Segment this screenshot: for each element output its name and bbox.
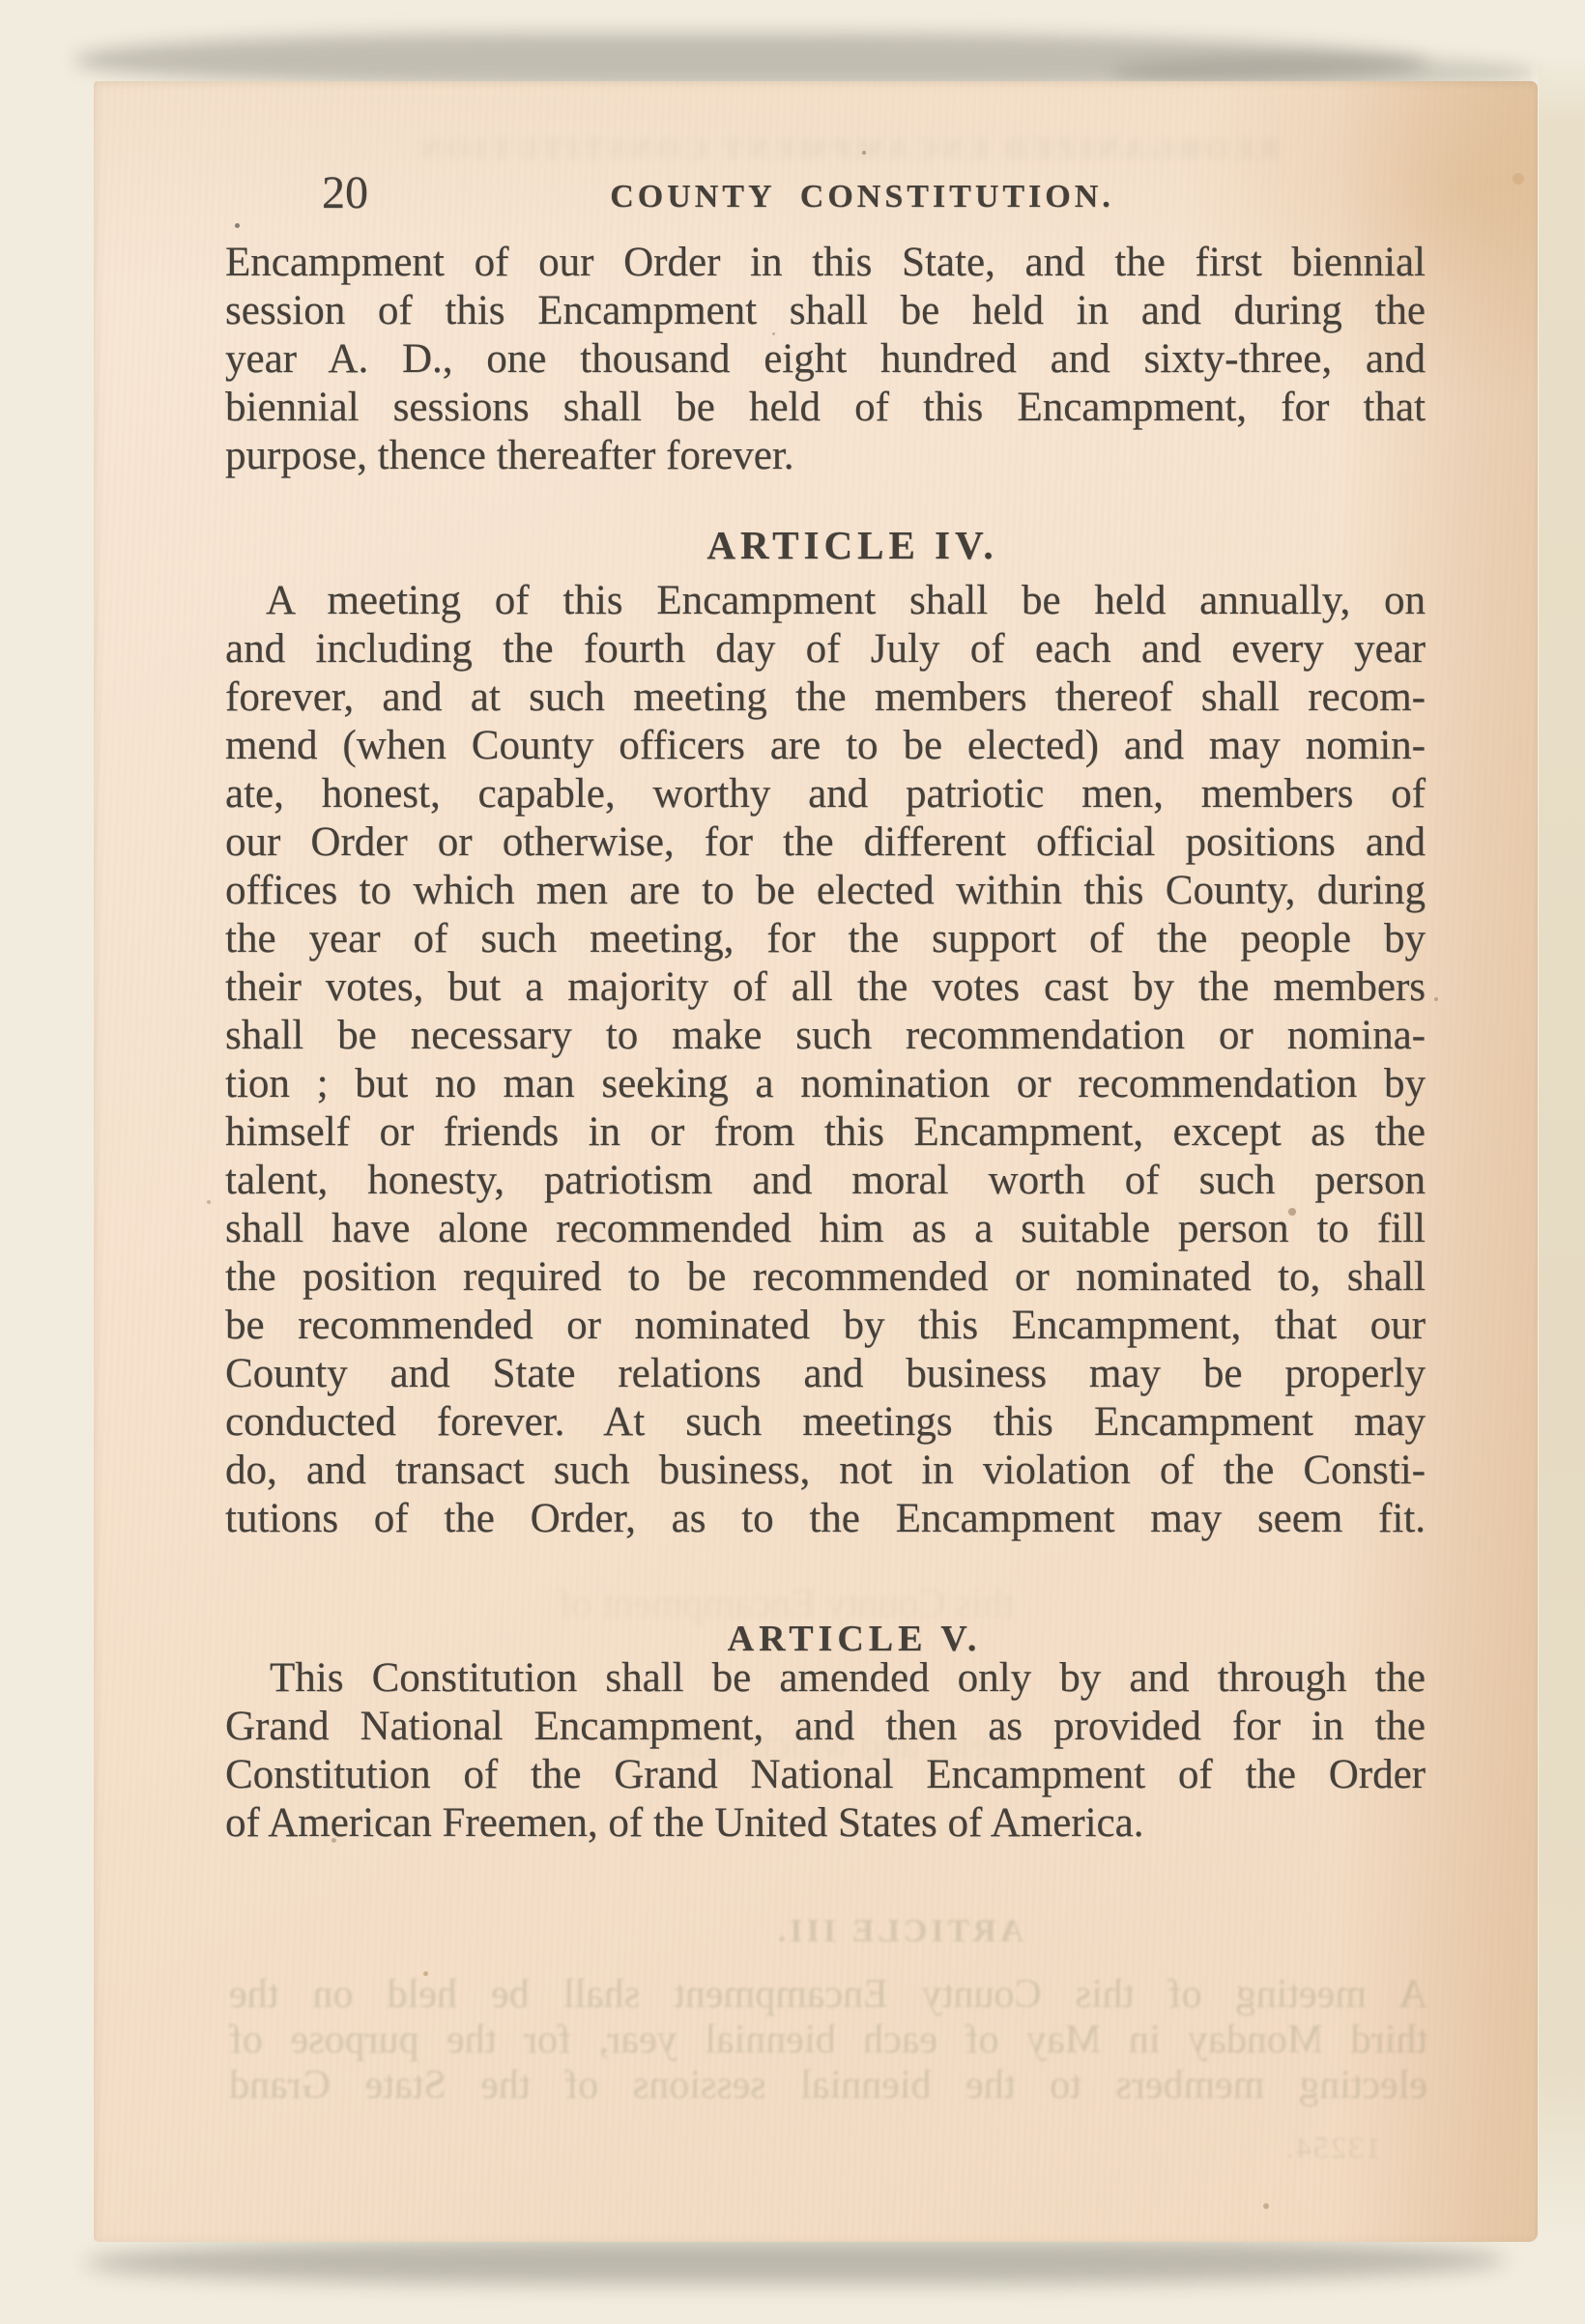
text-line: himself or friends in or from this Encam… bbox=[225, 1108, 1426, 1157]
ghost-inventory-number: 13254. bbox=[1284, 2130, 1381, 2166]
paper-speck bbox=[586, 1237, 591, 1242]
paper-speck bbox=[1513, 173, 1524, 185]
text-line: the position required to be recommended … bbox=[225, 1253, 1426, 1302]
article-v-paragraph: This Constitution shall be amended only … bbox=[225, 1654, 1426, 1848]
text-line: Constitution of the Grand National Encam… bbox=[225, 1751, 1426, 1799]
text-line: their votes, but a majority of all the v… bbox=[225, 963, 1426, 1012]
text-line: electing members to the biennial session… bbox=[229, 2063, 1427, 2109]
scan-background: REORGANIZED ENCAMPMENT CONSTITUTION 20 C… bbox=[0, 0, 1585, 2324]
text-line: offices to which men are to be elected w… bbox=[225, 867, 1426, 915]
text-line: be recommended or nominated by this Enca… bbox=[225, 1302, 1426, 1350]
text-line: This Constitution shall be amended only … bbox=[225, 1654, 1426, 1703]
text-line: our Order or otherwise, for the differen… bbox=[225, 818, 1426, 867]
text-line: Grand National Encampment, and then as p… bbox=[225, 1703, 1426, 1751]
paper-speck bbox=[207, 1200, 211, 1204]
ghost-top-header: REORGANIZED ENCAMPMENT CONSTITUTION bbox=[335, 131, 1360, 166]
text-line: year A. D., one thousand eight hundred a… bbox=[225, 335, 1426, 384]
book-page: REORGANIZED ENCAMPMENT CONSTITUTION 20 C… bbox=[94, 81, 1538, 2242]
ghost-bleedthrough-paragraph: A meeting of this County Encampment shal… bbox=[229, 1972, 1427, 2109]
text-line: session of this Encampment shall be held… bbox=[225, 287, 1426, 335]
text-line: tutions of the Order, as to the Encampme… bbox=[225, 1495, 1426, 1543]
text-line: purpose, thence thereafter forever. bbox=[225, 432, 1426, 480]
paper-speck bbox=[862, 151, 866, 155]
text-line: forever, and at such meeting the members… bbox=[225, 674, 1426, 722]
paper-speck bbox=[423, 1971, 428, 1976]
intro-paragraph: Encampment of our Order in this State, a… bbox=[225, 239, 1426, 480]
text-line: talent, honesty, patriotism and moral wo… bbox=[225, 1157, 1426, 1205]
ghost-article-iii-heading: ARTICLE III. bbox=[299, 1913, 1499, 1950]
text-line: Encampment of our Order in this State, a… bbox=[225, 239, 1426, 287]
text-line: conducted forever. At such meetings this… bbox=[225, 1398, 1426, 1447]
article-iv-heading: ARTICLE IV. bbox=[225, 522, 1453, 568]
text-line: mend (when County officers are to be ele… bbox=[225, 722, 1426, 770]
text-line: and including the fourth day of July of … bbox=[225, 625, 1426, 674]
paper-speck bbox=[1434, 997, 1438, 1001]
underlying-page-edge bbox=[1539, 56, 1585, 2240]
paper-speck bbox=[929, 653, 933, 657]
text-line: tion ; but no man seeking a nomination o… bbox=[225, 1060, 1426, 1108]
text-line: do, and transact such business, not in v… bbox=[225, 1447, 1426, 1495]
paper-speck bbox=[331, 1838, 336, 1843]
running-header: COUNTY CONSTITUTION. bbox=[225, 179, 1462, 215]
page-bottom-shadow bbox=[85, 2240, 1506, 2284]
text-line: shall be necessary to make such recommen… bbox=[225, 1012, 1426, 1060]
paper-speck bbox=[1288, 1208, 1296, 1216]
text-line: County and State relations and business … bbox=[225, 1350, 1426, 1398]
paper-speck bbox=[235, 223, 240, 228]
text-line: third Monday in May of each biennial yea… bbox=[229, 2018, 1427, 2063]
text-line: of American Freemen, of the United State… bbox=[225, 1799, 1426, 1848]
article-iv-paragraph: A meeting of this Encampment shall be he… bbox=[225, 577, 1426, 1543]
paper-speck bbox=[772, 332, 775, 335]
text-line: shall have alone recommended him as a su… bbox=[225, 1205, 1426, 1253]
text-line: A meeting of this Encampment shall be he… bbox=[225, 577, 1426, 625]
text-line: the year of such meeting, for the suppor… bbox=[225, 915, 1426, 963]
text-line: biennial sessions shall be held of this … bbox=[225, 384, 1426, 432]
paper-speck bbox=[1263, 2203, 1269, 2209]
text-line: A meeting of this County Encampment shal… bbox=[229, 1972, 1427, 2018]
text-line: ate, honest, capable, worthy and patriot… bbox=[225, 770, 1426, 818]
